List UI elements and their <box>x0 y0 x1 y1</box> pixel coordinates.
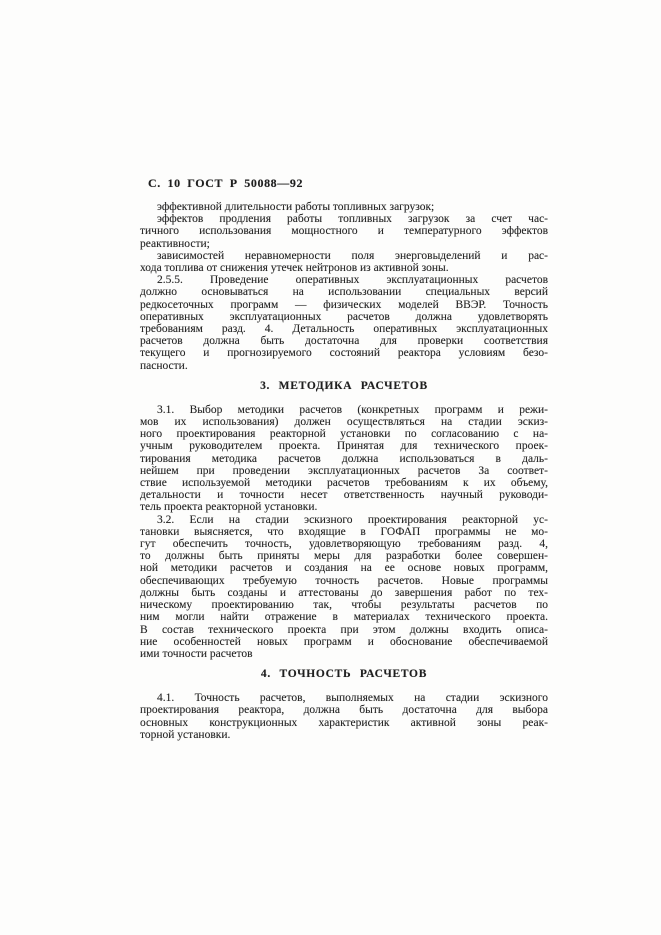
text-line: тичного использования мощностного и темп… <box>140 225 548 237</box>
text-line: ими точности расчетов <box>140 648 548 660</box>
text-line: оперативных эксплуатационных расчетов до… <box>140 311 548 323</box>
document-body: эффективной длительности работы топливны… <box>140 201 548 741</box>
text-line: В состав технического проекта при этом д… <box>140 624 548 636</box>
text-line: нейшем при проведении эксплуатационных р… <box>140 465 548 477</box>
section-heading-4: 4. ТОЧНОСТЬ РАСЧЕТОВ <box>140 667 548 681</box>
document-page: С. 10 ГОСТ Р 50088—92 эффективной длител… <box>0 0 661 935</box>
text-line: должны быть созданы и аттестованы до зав… <box>140 587 548 599</box>
text-line: расчетов должна быть достаточна для пров… <box>140 335 548 347</box>
text-line: редкосеточных программ — физических моде… <box>140 299 548 311</box>
text-line: 2.5.5. Проведение оперативных эксплуатац… <box>140 274 548 286</box>
text-line: 3.1. Выбор методики расчетов (конкретных… <box>140 404 548 416</box>
text-line: эффективной длительности работы топливны… <box>140 201 548 213</box>
text-line: ническому проектированию так, чтобы резу… <box>140 599 548 611</box>
text-line: требованиям разд. 4. Детальность операти… <box>140 323 548 335</box>
text-line: учным руководителем проекта. Принятая дл… <box>140 440 548 452</box>
clause-3-1: 3.1. Выбор методики расчетов (конкретных… <box>140 404 548 514</box>
text-line: хода топлива от снижения утечек нейтроно… <box>140 262 548 274</box>
text-line: 3.2. Если на стадии эскизного проектиров… <box>140 514 548 526</box>
text-line: основных конструкционных характеристик а… <box>140 717 548 729</box>
text-line: проектирования реактора, должна быть дос… <box>140 704 548 716</box>
running-header: С. 10 ГОСТ Р 50088—92 <box>148 176 548 191</box>
section-heading-3: 3. МЕТОДИКА РАСЧЕТОВ <box>140 379 548 393</box>
text-line: зависимостей неравномерности поля энерго… <box>140 250 548 262</box>
clause-3-2: 3.2. Если на стадии эскизного проектиров… <box>140 514 548 660</box>
clause-2-5-5: 2.5.5. Проведение оперативных эксплуатац… <box>140 274 548 372</box>
text-line: реактивности; <box>140 238 548 250</box>
text-line: текущего и прогнозируемого состояний реа… <box>140 347 548 359</box>
page-content: С. 10 ГОСТ Р 50088—92 эффективной длител… <box>140 176 548 741</box>
text-line: торной установки. <box>140 729 548 741</box>
text-line: мов их использования) должен осуществлят… <box>140 416 548 428</box>
text-line: ним могли найти отражение в материалах т… <box>140 611 548 623</box>
text-line: детальности и точности несет ответственн… <box>140 489 548 501</box>
text-line: ствие используемой методики расчетов тре… <box>140 477 548 489</box>
text-line: обеспечивающих требуемую точность расчет… <box>140 575 548 587</box>
text-line: то должны быть приняты меры для разработ… <box>140 550 548 562</box>
list-item-dependencies: зависимостей неравномерности поля энерго… <box>140 250 548 274</box>
text-line: ние особенностей новых программ и обосно… <box>140 636 548 648</box>
list-item-effective-duration: эффективной длительности работы топливны… <box>140 201 548 213</box>
list-item-extension-effects: эффектов продления работы топливных загр… <box>140 213 548 250</box>
text-line: гут обеспечить точность, удовлетворяющую… <box>140 538 548 550</box>
text-line: тановки выясняется, что входящие в ГОФАП… <box>140 526 548 538</box>
text-line: эффектов продления работы топливных загр… <box>140 213 548 225</box>
text-line: ной методики расчетов и создания на ее о… <box>140 562 548 574</box>
text-line: ного проектирования реакторной установки… <box>140 428 548 440</box>
text-line: тель проекта реакторной установки. <box>140 501 548 513</box>
text-line: 4.1. Точность расчетов, выполняемых на с… <box>140 692 548 704</box>
text-line: тирования методика расчетов должна испол… <box>140 453 548 465</box>
clause-4-1: 4.1. Точность расчетов, выполняемых на с… <box>140 692 548 741</box>
text-line: пасности. <box>140 360 548 372</box>
text-line: должно основываться на использовании спе… <box>140 286 548 298</box>
